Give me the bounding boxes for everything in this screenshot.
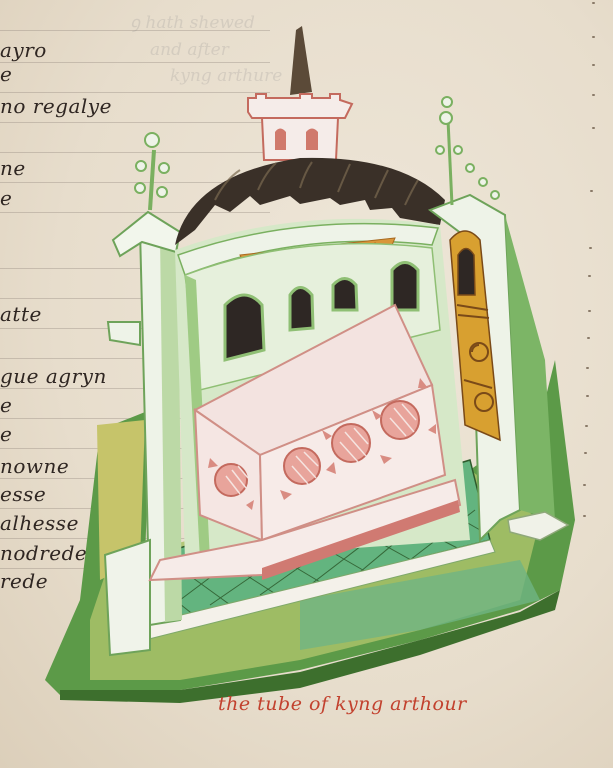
tower: [248, 26, 352, 160]
rubric-caption: the tube of kyng arthour: [218, 693, 467, 715]
manuscript-page: ꝯ hath shewed and after kyng arthure ayr…: [0, 0, 613, 768]
tomb-illustration: [0, 0, 613, 768]
